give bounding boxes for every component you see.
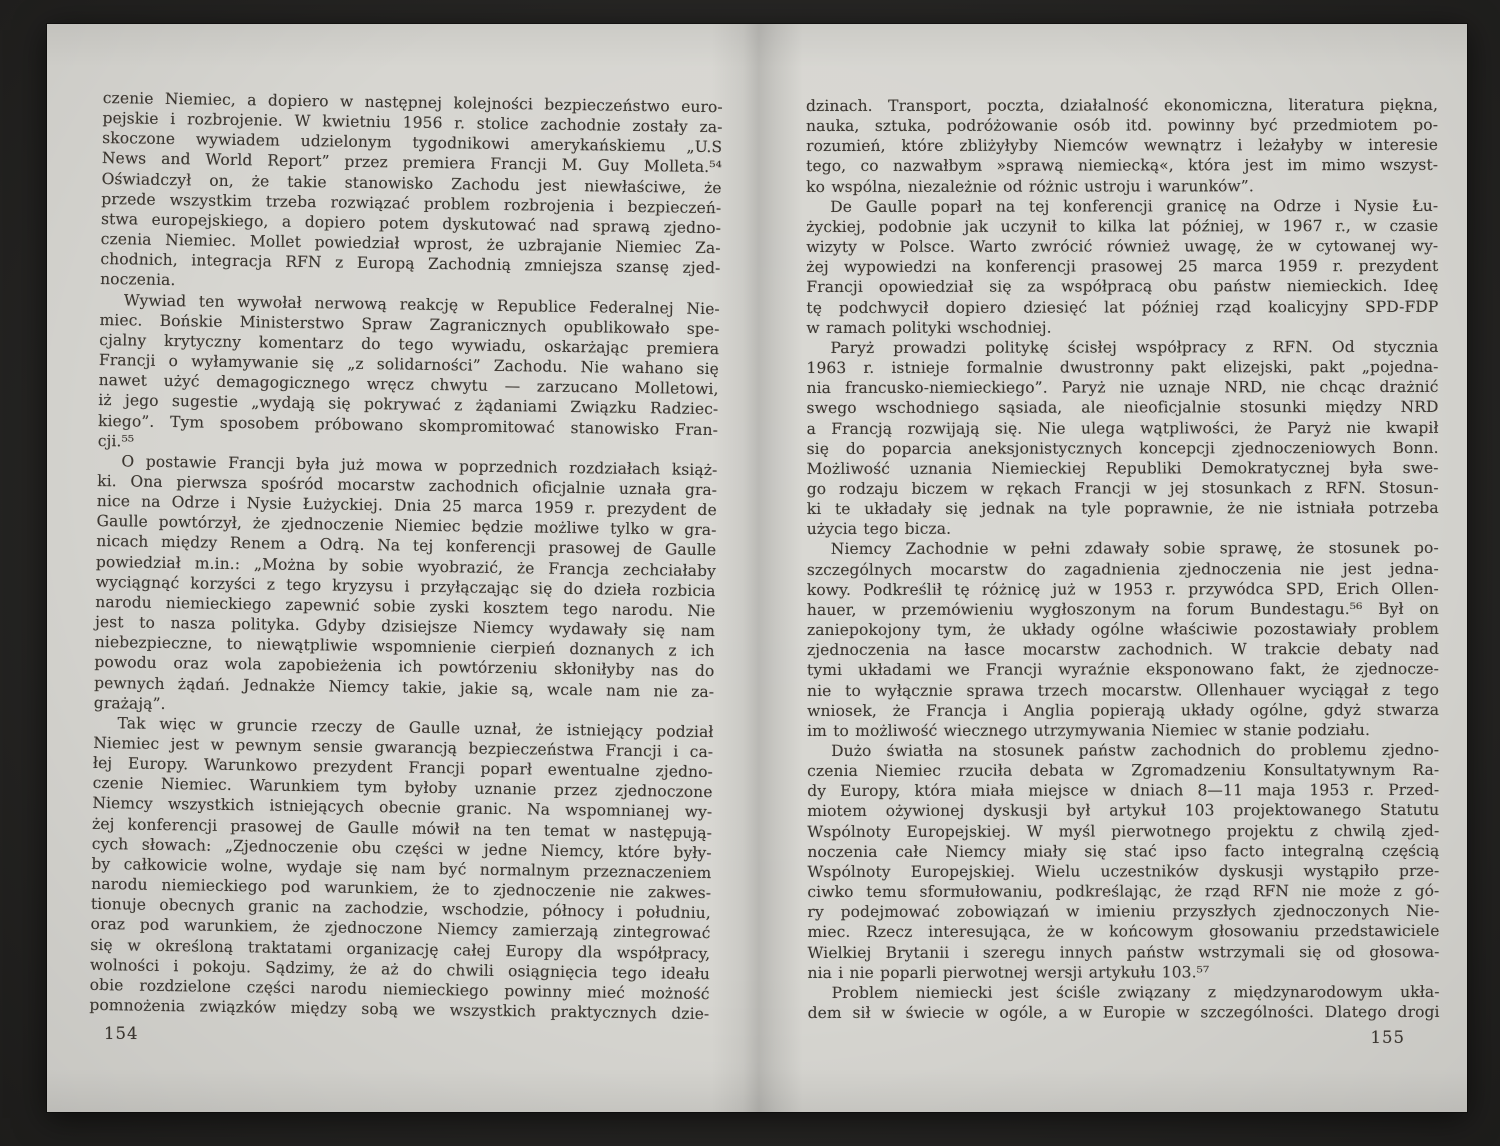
- text-line: wizyty w Polsce. Warto zwrócić również u…: [806, 236, 1438, 257]
- book-spread: czenie Niemiec, a dopiero w następnej ko…: [47, 24, 1467, 1112]
- text-line: 1963 r. istnieje formalnie dwustronny pa…: [806, 357, 1438, 378]
- text-line: tego, co nazwałbym »sprawą niemiecką«, k…: [806, 155, 1438, 176]
- text-line: miotem ożywionej dyskusji był artykuł 10…: [807, 800, 1439, 821]
- text-line: Wspólnoty Europejskiej. Wielu uczestnikó…: [807, 861, 1439, 882]
- page-number-right: 155: [1371, 1028, 1406, 1047]
- text-line: Wspólnoty Europejskiej. W myśl pierwotne…: [807, 821, 1439, 842]
- text-line: nauka, sztuka, podróżowanie osób itd. po…: [806, 115, 1438, 136]
- text-line: ki te układały się jednak na tyle popraw…: [807, 498, 1439, 519]
- text-line: im to możliwość wiecznego utrzymywania N…: [807, 720, 1439, 741]
- text-line: rozumień, które zbliżyłyby Niemców wewną…: [806, 135, 1438, 156]
- text-line: a Francją rozwijają się. Nie ulega wątpl…: [807, 417, 1439, 438]
- text-line: nie to wyłącznie sprawa trzech mocarstw.…: [807, 679, 1439, 700]
- text-line: ry podejmować zobowiązań w imieniu przys…: [807, 901, 1439, 922]
- text-line: żej wypowiedzi na konferencji prasowej 2…: [806, 256, 1438, 277]
- text-line: ciwko temu sformułowaniu, podkreślając, …: [807, 881, 1439, 902]
- text-line: ko wspólna, niezależnie od różnic ustroj…: [806, 176, 1438, 197]
- text-line: noczenia całe Niemcy miały się stać ipso…: [807, 841, 1439, 862]
- text-line: swego wschodniego sąsiada, ale nieoficja…: [807, 397, 1439, 418]
- text-line: się do poparcia aneksjonistycznych konce…: [807, 438, 1439, 459]
- text-line: go rodzaju biczem w rękach Francji w jej…: [807, 478, 1439, 499]
- text-line: dem sił w świecie w ogóle, a w Europie w…: [808, 1002, 1440, 1023]
- text-line: tę podchwycił dopiero dziesięć lat późni…: [806, 296, 1438, 317]
- text-line: Niemcy Zachodnie w pełni zdawały sobie s…: [807, 538, 1439, 559]
- text-line: wniosek, że Francja i Anglia popierają u…: [807, 700, 1439, 721]
- text-line: tymi układami we Francji wyraźnie ekspon…: [807, 659, 1439, 680]
- text-line: Wielkiej Brytanii i szeregu innych państ…: [807, 941, 1439, 962]
- text-line: kowy. Podkreślił tę różnicę już w 1953 r…: [807, 579, 1439, 600]
- text-line: Problem niemiecki jest ściśle związany z…: [808, 982, 1440, 1003]
- text-line: czenia Niemiec rzuciła debata w Zgromadz…: [807, 760, 1439, 781]
- text-line: hauer, w przemówieniu wygłoszonym na for…: [807, 599, 1439, 620]
- text-line: szczególnych mocarstw do zagadnienia zje…: [807, 558, 1439, 579]
- text-line: dy Europy, która miała miejsce w dniach …: [807, 780, 1439, 801]
- text-line: Możliwość uznania Niemieckiej Republiki …: [807, 458, 1439, 479]
- page-154-text: czenie Niemiec, a dopiero w następnej ko…: [89, 88, 723, 1024]
- text-line: Paryż prowadzi politykę ścisłej współpra…: [806, 337, 1438, 358]
- scan-background: czenie Niemiec, a dopiero w następnej ko…: [0, 0, 1500, 1146]
- page-155-text: dzinach. Transport, poczta, działalność …: [806, 95, 1440, 1023]
- text-line: użycia tego bicza.: [807, 518, 1439, 539]
- text-line: nia francusko-niemieckiego”. Paryż nie u…: [806, 377, 1438, 398]
- text-line: nia i nie poparli pierwotnej wersji arty…: [808, 962, 1440, 983]
- text-line: zjednoczenia na łasce mocarstw zachodnic…: [807, 639, 1439, 660]
- text-line: miec. Rzecz interesująca, że w końcowym …: [807, 921, 1439, 942]
- text-line: dzinach. Transport, poczta, działalność …: [806, 95, 1438, 116]
- text-line: Francji opowiedział się za współpracą ob…: [806, 276, 1438, 297]
- text-line: De Gaulle poparł na tej konferencji gran…: [806, 196, 1438, 217]
- book-gutter-shadow: [711, 24, 803, 1112]
- text-line: w ramach polityki wschodniej.: [806, 317, 1438, 338]
- page-number-left: 154: [104, 1024, 139, 1043]
- text-line: życkiej, podobnie jak uczynił to kilka l…: [806, 216, 1438, 237]
- text-line: zaniepokojony tym, że układy ogólne właś…: [807, 619, 1439, 640]
- text-line: Dużo światła na stosunek państw zachodni…: [807, 740, 1439, 761]
